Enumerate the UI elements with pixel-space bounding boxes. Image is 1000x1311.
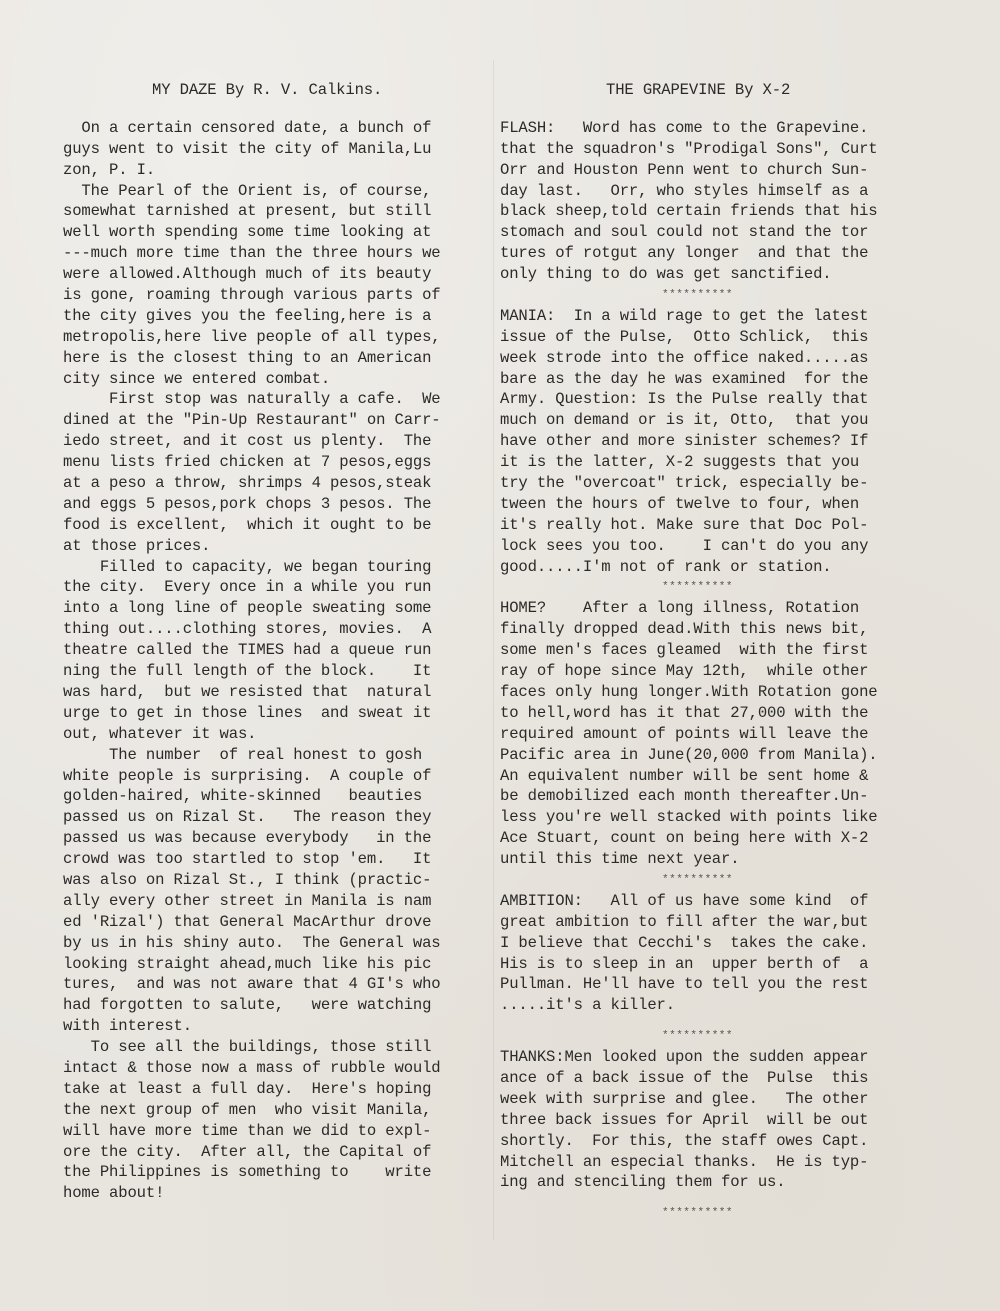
text-line: by us in his shiny auto. The General was xyxy=(63,933,493,954)
text-line: HOME? After a long illness, Rotation xyxy=(500,598,930,619)
text-line: take at least a full day. Here's hoping xyxy=(63,1079,493,1100)
text-line: out, whatever it was. xyxy=(63,724,493,745)
text-line: have other and more sinister schemes? If xyxy=(500,431,930,452)
text-line: well worth spending some time looking at xyxy=(63,222,493,243)
text-line: Orr and Houston Penn went to church Sun- xyxy=(500,160,930,181)
text-line: were allowed.Although much of its beauty xyxy=(63,264,493,285)
text-line: On a certain censored date, a bunch of xyxy=(63,118,493,139)
column-grapevine: THE GRAPEVINE By X-2 FLASH: Word has com… xyxy=(500,80,930,1224)
news-item-flash: FLASH: Word has come to the Grapevine.th… xyxy=(500,118,930,285)
text-line: The Pearl of the Orient is, of course, xyxy=(63,181,493,202)
text-line: bare as the day he was examined for the xyxy=(500,369,930,390)
text-line: to hell,word has it that 27,000 with the xyxy=(500,703,930,724)
text-line: much on demand or is it, Otto, that you xyxy=(500,410,930,431)
text-line: An equivalent number will be sent home & xyxy=(500,766,930,787)
text-line: here is the closest thing to an American xyxy=(63,348,493,369)
paragraph: First stop was naturally a cafe. Wedined… xyxy=(63,389,493,556)
text-line: To see all the buildings, those still xyxy=(63,1037,493,1058)
text-line: was hard, but we resisted that natural xyxy=(63,682,493,703)
text-line: I believe that Cecchi's takes the cake. xyxy=(500,933,930,954)
text-line: home about! xyxy=(63,1183,493,1204)
text-line: city since we entered combat. xyxy=(63,369,493,390)
separator-stars: ********** xyxy=(500,1026,930,1047)
text-line: AMBITION: All of us have some kind of xyxy=(500,891,930,912)
text-line: the next group of men who visit Manila, xyxy=(63,1100,493,1121)
news-item-ambition: AMBITION: All of us have some kind ofgre… xyxy=(500,891,930,1016)
text-line: day last. Orr, who styles himself as a xyxy=(500,181,930,202)
paragraph: To see all the buildings, those stillint… xyxy=(63,1037,493,1204)
typewritten-page: MY DAZE By R. V. Calkins. On a certain c… xyxy=(0,0,1000,1311)
text-line: ing and stenciling them for us. xyxy=(500,1172,930,1193)
text-line: good.....I'm not of rank or station. xyxy=(500,557,930,578)
column-body-my-daze: On a certain censored date, a bunch ofgu… xyxy=(63,118,493,1204)
text-line: great ambition to fill after the war,but xyxy=(500,912,930,933)
text-line: was also on Rizal St., I think (practic- xyxy=(63,870,493,891)
paragraph: The number of real honest to goshwhite p… xyxy=(63,745,493,1037)
text-line: guys went to visit the city of Manila,Lu xyxy=(63,139,493,160)
separator-stars: ********** xyxy=(500,577,930,598)
column-title-my-daze: MY DAZE By R. V. Calkins. xyxy=(63,80,493,101)
text-line: white people is surprising. A couple of xyxy=(63,766,493,787)
text-line: into a long line of people sweating some xyxy=(63,598,493,619)
text-line: ally every other street in Manila is nam xyxy=(63,891,493,912)
text-line: First stop was naturally a cafe. We xyxy=(63,389,493,410)
text-line: it is the latter, X-2 suggests that you xyxy=(500,452,930,473)
text-line: Army. Question: Is the Pulse really that xyxy=(500,389,930,410)
text-line: tween the hours of twelve to four, when xyxy=(500,494,930,515)
text-line: The number of real honest to gosh xyxy=(63,745,493,766)
text-line: looking straight ahead,much like his pic xyxy=(63,954,493,975)
text-line: Ace Stuart, count on being here with X-2 xyxy=(500,828,930,849)
text-line: try the "overcoat" trick, especially be- xyxy=(500,473,930,494)
text-line: ore the city. After all, the Capital of xyxy=(63,1142,493,1163)
text-line: and eggs 5 pesos,pork chops 3 pesos. The xyxy=(63,494,493,515)
text-line: with interest. xyxy=(63,1016,493,1037)
column-my-daze: MY DAZE By R. V. Calkins. On a certain c… xyxy=(63,80,493,1204)
text-line: shortly. For this, the staff owes Capt. xyxy=(500,1131,930,1152)
text-line: His is to sleep in an upper berth of a xyxy=(500,954,930,975)
text-line: is gone, roaming through various parts o… xyxy=(63,285,493,306)
text-line: passed us was because everybody in the xyxy=(63,828,493,849)
text-line: finally dropped dead.With this news bit, xyxy=(500,619,930,640)
column-body-grapevine: FLASH: Word has come to the Grapevine.th… xyxy=(500,118,930,1224)
paragraph: On a certain censored date, a bunch ofgu… xyxy=(63,118,493,181)
text-line: .....it's a killer. xyxy=(500,995,930,1016)
text-line: urge to get in those lines and sweat it xyxy=(63,703,493,724)
text-line: ed 'Rizal') that General MacArthur drove xyxy=(63,912,493,933)
text-line: menu lists fried chicken at 7 pesos,eggs xyxy=(63,452,493,473)
text-line: metropolis,here live people of all types… xyxy=(63,327,493,348)
text-line: ning the full length of the block. It xyxy=(63,661,493,682)
text-line: dined at the "Pin-Up Restaurant" on Carr… xyxy=(63,410,493,431)
text-line: the city. Every once in a while you run xyxy=(63,577,493,598)
text-line: FLASH: Word has come to the Grapevine. xyxy=(500,118,930,139)
paragraph: The Pearl of the Orient is, of course,so… xyxy=(63,181,493,390)
text-line: thing out....clothing stores, movies. A xyxy=(63,619,493,640)
text-line: intact & those now a mass of rubble woul… xyxy=(63,1058,493,1079)
text-line: the city gives you the feeling,here is a xyxy=(63,306,493,327)
text-line: less you're well stacked with points lik… xyxy=(500,807,930,828)
text-line: Filled to capacity, we began touring xyxy=(63,557,493,578)
text-line: until this time next year. xyxy=(500,849,930,870)
text-line: issue of the Pulse, Otto Schlick, this xyxy=(500,327,930,348)
text-line: Pullman. He'll have to tell you the rest xyxy=(500,974,930,995)
text-line: week with surprise and glee. The other xyxy=(500,1089,930,1110)
spacer xyxy=(500,1193,930,1203)
text-line: required amount of points will leave the xyxy=(500,724,930,745)
text-line: THANKS:Men looked upon the sudden appear xyxy=(500,1047,930,1068)
text-line: the Philippines is something to write xyxy=(63,1162,493,1183)
text-line: golden-haired, white-skinned beauties xyxy=(63,786,493,807)
text-line: three back issues for April will be out xyxy=(500,1110,930,1131)
news-item-home: HOME? After a long illness, Rotationfina… xyxy=(500,598,930,870)
text-line: at a peso a throw, shrimps 4 pesos,steak xyxy=(63,473,493,494)
separator-stars: ********** xyxy=(500,870,930,891)
text-line: lock sees you too. I can't do you any xyxy=(500,536,930,557)
text-line: passed us on Rizal St. The reason they xyxy=(63,807,493,828)
spacer xyxy=(500,1016,930,1026)
text-line: Pacific area in June(20,000 from Manila)… xyxy=(500,745,930,766)
text-line: food is excellent, which it ought to be xyxy=(63,515,493,536)
text-line: at those prices. xyxy=(63,536,493,557)
separator-stars: ********** xyxy=(500,1203,930,1224)
text-line: only thing to do was get sanctified. xyxy=(500,264,930,285)
separator-stars: ********** xyxy=(500,285,930,306)
text-line: somewhat tarnished at present, but still xyxy=(63,201,493,222)
text-line: ance of a back issue of the Pulse this xyxy=(500,1068,930,1089)
text-line: theatre called the TIMES had a queue run xyxy=(63,640,493,661)
text-line: be demobilized each month thereafter.Un- xyxy=(500,786,930,807)
text-line: iedo street, and it cost us plenty. The xyxy=(63,431,493,452)
text-line: it's really hot. Make sure that Doc Pol- xyxy=(500,515,930,536)
text-line: Mitchell an especial thanks. He is typ- xyxy=(500,1152,930,1173)
news-item-mania: MANIA: In a wild rage to get the latesti… xyxy=(500,306,930,578)
text-line: week strode into the office naked.....as xyxy=(500,348,930,369)
text-line: stomach and soul could not stand the tor xyxy=(500,222,930,243)
text-line: ---much more time than the three hours w… xyxy=(63,243,493,264)
text-line: ray of hope since May 12th, while other xyxy=(500,661,930,682)
text-line: zon, P. I. xyxy=(63,160,493,181)
text-line: faces only hung longer.With Rotation gon… xyxy=(500,682,930,703)
text-line: crowd was too startled to stop 'em. It xyxy=(63,849,493,870)
text-line: had forgotten to salute, were watching xyxy=(63,995,493,1016)
page-fold-line xyxy=(493,60,494,1240)
text-line: will have more time than we did to expl- xyxy=(63,1121,493,1142)
text-line: black sheep,told certain friends that hi… xyxy=(500,201,930,222)
news-item-thanks: THANKS:Men looked upon the sudden appear… xyxy=(500,1047,930,1193)
text-line: MANIA: In a wild rage to get the latest xyxy=(500,306,930,327)
paragraph: Filled to capacity, we began touringthe … xyxy=(63,557,493,745)
text-line: some men's faces gleamed with the first xyxy=(500,640,930,661)
column-title-grapevine: THE GRAPEVINE By X-2 xyxy=(500,80,930,101)
text-line: that the squadron's "Prodigal Sons", Cur… xyxy=(500,139,930,160)
text-line: tures, and was not aware that 4 GI's who xyxy=(63,974,493,995)
text-line: tures of rotgut any longer and that the xyxy=(500,243,930,264)
